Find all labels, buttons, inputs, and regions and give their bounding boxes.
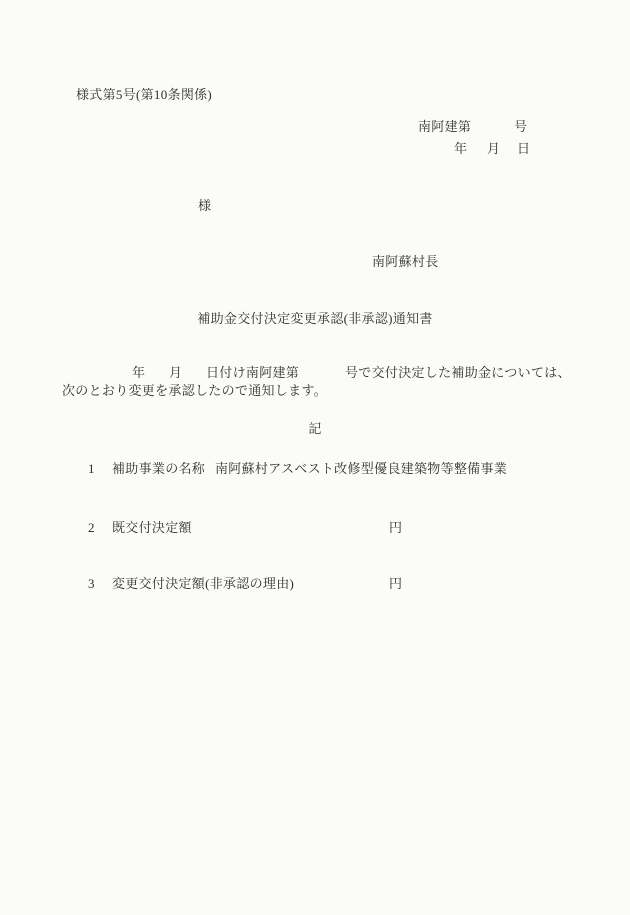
sender-title: 南阿蘇村長 (372, 254, 439, 270)
body-month-label: 月 (169, 365, 182, 381)
date-line: 年 月 日 (0, 141, 630, 159)
body-line-2: 次のとおり変更を承認したので通知します。 (62, 383, 327, 399)
item-label: 変更交付決定額(非承認の理由) (112, 576, 294, 592)
item-number: 3 (88, 576, 95, 592)
item-label: 補助事業の名称 (112, 461, 205, 477)
item-number: 2 (88, 520, 95, 536)
date-year-label: 年 (454, 141, 467, 157)
list-item-changed-amount: 3 変更交付決定額(非承認の理由) 円 (0, 576, 630, 594)
body-line1-rest: 号で交付決定した補助金については、 (345, 365, 571, 381)
item-unit-yen: 円 (389, 576, 402, 592)
list-item-project-name: 1 補助事業の名称 南阿蘇村アスベスト改修型優良建築物等整備事業 (0, 461, 630, 479)
body-line-1: 年 月 日付け南阿建第 号で交付決定した補助金については、 (0, 365, 630, 383)
document-number-suffix: 号 (514, 119, 527, 135)
list-item-granted-amount: 2 既交付決定額 円 (0, 520, 630, 538)
date-day-label: 日 (517, 141, 530, 157)
item-unit-yen: 円 (389, 520, 402, 536)
date-month-label: 月 (487, 141, 500, 157)
item-number: 1 (88, 461, 95, 477)
addressee-honorific: 様 (198, 198, 211, 214)
document-page: 様式第5号(第10条関係) 南阿建第 号 年 月 日 様 南阿蘇村長 補助金交付… (0, 0, 630, 915)
body-year-label: 年 (132, 365, 145, 381)
list-heading: 記 (0, 421, 630, 437)
item-label: 既交付決定額 (112, 520, 192, 536)
form-number: 様式第5号(第10条関係) (76, 87, 212, 103)
document-number-prefix: 南阿建第 (418, 119, 471, 135)
item-value: 南阿蘇村アスベスト改修型優良建築物等整備事業 (215, 461, 507, 477)
document-title: 補助金交付決定変更承認(非承認)通知書 (0, 311, 630, 327)
body-day-docnumber-phrase: 日付け南阿建第 (206, 365, 299, 381)
document-number-line: 南阿建第 号 (0, 119, 630, 137)
